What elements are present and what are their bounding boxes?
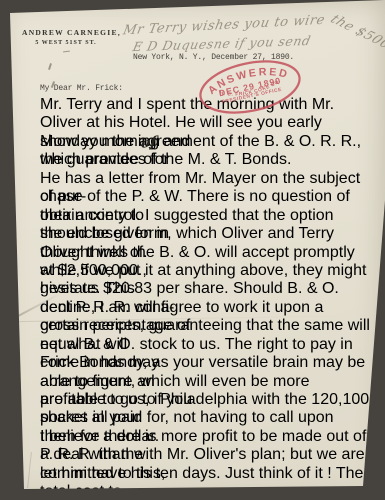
letterhead-address: 5 WEST 51ST ST. [22, 40, 110, 46]
letterhead-name: ANDREW CARNEGIE, [22, 28, 110, 37]
paper-crease-bottom [27, 452, 32, 488]
body-line: He has a letter from Mr. Mayer on the su… [40, 170, 370, 188]
pencil-mark-tilde [63, 51, 70, 53]
pencil-mark-slash [48, 63, 52, 70]
body-line: Oliver thinks the B. & O. will accept pr… [40, 244, 370, 262]
body-line: P. R. R. than with Mr. Oliver's plan; bu… [40, 446, 370, 464]
body-line: pocket all paid for, not having to call … [40, 409, 370, 427]
letter-paper: ANDREW CARNEGIE, 5 WEST 51ST ST. Mr Terr… [0, 0, 385, 500]
body-line: obtain control. I suggested that the opt… [40, 207, 370, 225]
body-line: show you the agreement of the B. & O. R.… [40, 133, 370, 151]
body-line: arrangement, which will even be more pro… [40, 373, 370, 391]
body-line: the enclosed form, which Oliver and Terr… [40, 225, 370, 243]
body-line: let him have his ten days. Just think of… [40, 465, 370, 483]
body-line: equal B. & O. stock to us. The right to … [40, 336, 370, 354]
handwritten-correction-of: of [140, 134, 156, 152]
body-line: chase of the P. & W. There is no questio… [40, 188, 370, 206]
letterhead: ANDREW CARNEGIE, 5 WEST 51ST ST. [22, 28, 110, 46]
letter-body: Mr. Terry and I spent the morning with M… [40, 96, 370, 483]
body-line: come in handy, as your versatile brain m… [40, 354, 370, 372]
handwritten-note-tail: the $500 K [327, 12, 385, 58]
body-line: gives us $20.83 per share. Should B. & O… [40, 280, 370, 298]
body-line: I believe there is more profit to be mad… [40, 428, 370, 446]
body-line: are able to go to Philadelphia with the … [40, 391, 370, 409]
body-line: while if we put it at anything above, th… [40, 262, 370, 280]
body-line: the guarantee of the M. & T. Bonds. [40, 151, 370, 169]
letter-photo: ANDREW CARNEGIE, 5 WEST 51ST ST. Mr Terr… [0, 0, 385, 500]
salutation: My Dear Mr. Frick: [40, 84, 123, 93]
body-line: dent P. R. R. will agree to work it upon… [40, 299, 370, 317]
